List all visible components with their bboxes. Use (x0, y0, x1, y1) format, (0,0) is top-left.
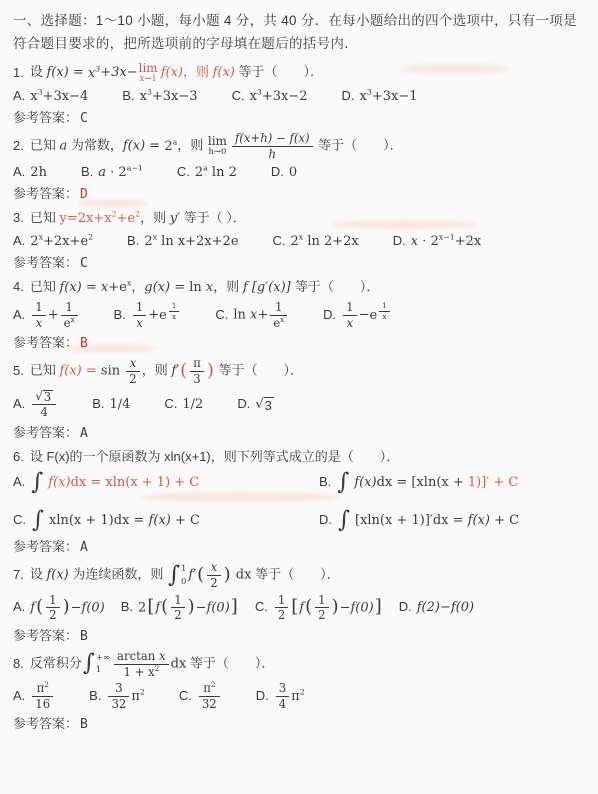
fraction-denominator: 32 (199, 697, 220, 711)
math-italic: f(x) (149, 513, 171, 528)
math-upright: + (117, 211, 128, 226)
option-label: C. (164, 396, 177, 411)
math-italic: h (268, 147, 276, 161)
fraction-numerator: 1 (61, 301, 78, 316)
fraction-denominator: 2 (315, 608, 328, 622)
math-italic: f (155, 600, 160, 615)
math-italic: f [g′(x)] (243, 280, 295, 295)
math-italic: a (98, 165, 106, 180)
radicand: 3 (43, 390, 53, 404)
math-upright: 1 + (123, 665, 148, 679)
big-paren: ) (63, 596, 70, 617)
big-paren: ) (332, 596, 339, 617)
options-row: A.√34B.1/4C.1/2D.√3 (13, 390, 584, 419)
option-label: D. (393, 233, 406, 248)
option: D.34π2 (256, 682, 305, 710)
fraction: 12 (46, 594, 59, 622)
fraction-numerator: 1 (343, 301, 356, 316)
integral-lower: 0 (181, 576, 186, 589)
text-run: 已知 (30, 210, 60, 225)
fraction-numerator: 1 (46, 594, 59, 609)
option-label: D. (319, 512, 332, 527)
math-upright: +3x−4 (43, 89, 89, 104)
limit-operator: limh→0 (208, 135, 227, 157)
power-expression: x2 (104, 211, 116, 226)
answer-line: 参考答案：B (13, 713, 584, 732)
power-expression: 2a−1 (118, 165, 142, 180)
fraction-denominator: 3 (190, 372, 204, 386)
power-expression: x3 (360, 89, 372, 104)
option: B.332π2 (89, 682, 145, 710)
option-label: C. (255, 599, 268, 614)
text-run: 等于（ ）． (215, 363, 303, 378)
power-expression: 2x (30, 234, 43, 249)
answer-line: 参考答案：C (13, 107, 584, 126)
integral: ∫+∞1 (83, 652, 110, 677)
math-upright: [xln(x + 1)]′dx = (355, 513, 468, 528)
math-upright: 1/2 (182, 397, 203, 412)
math-italic: −f(0) (196, 600, 230, 615)
integral: ∫ (337, 470, 352, 495)
document: 一、选择题：1～10 小题，每小题 4 分，共 40 分．在每小题给出的四个选项… (0, 0, 598, 744)
option: D.∫[xln(x + 1)]′dx = f(x) + C (319, 508, 584, 533)
superscript: x−1 (439, 232, 455, 241)
superscript: 2 (88, 232, 93, 241)
math-italic: f(x) (48, 475, 70, 490)
math-upright: ln (233, 308, 250, 323)
math-upright: +2x (455, 234, 482, 249)
power-expression: 2x (291, 234, 304, 249)
math-upright: 1/4 (109, 397, 130, 412)
power-expression: 2x−1 (431, 234, 455, 249)
option-label: D. (237, 396, 250, 411)
fraction-denominator: h (232, 147, 313, 161)
question-stem: 8.反常积分∫+∞1arctan x1 + x2dx 等于（ ）． (13, 650, 584, 678)
option: D.f(2)−f(0) (399, 599, 474, 615)
text-run: 等于（ ）． (315, 138, 403, 153)
sqrt-expression: √3 (255, 397, 274, 413)
math-italic: f(x) (354, 475, 376, 490)
limit-operator: limx→1 (139, 62, 158, 84)
math-upright: 1)]′ + C (468, 475, 518, 490)
question-block: 5.已知 f(x) = sin x2，则 f′(π3) 等于（ ）．A.√34B… (13, 357, 584, 441)
text-run: 等于（ ）． (180, 210, 246, 225)
fraction-denominator: 1 + x2 (114, 665, 169, 679)
math-upright: +3x−2 (262, 89, 308, 104)
power-expression: x3 (140, 89, 152, 104)
option: C.12[f(12)−f(0)] (255, 594, 383, 622)
option: D.x · 2x−1+2x (393, 233, 481, 249)
question-number: 4. (13, 279, 24, 294)
integral-lower: 1 (96, 664, 110, 677)
fraction-numerator: 3 (108, 682, 129, 697)
math-upright: ln x+2x+2e (157, 234, 238, 249)
power-expression: π2 (291, 689, 305, 704)
limit-word: lim (208, 135, 227, 147)
math-italic: f(x) (161, 66, 183, 81)
fraction-numerator: 1 (275, 594, 288, 609)
options-row: A.2hB.a · 2a−1C.2a ln 2D.0 (13, 164, 584, 180)
option-label: B. (319, 474, 331, 489)
math-upright: +3x−3 (152, 89, 198, 104)
option-label: D. (271, 164, 284, 179)
option-label: B. (89, 688, 101, 703)
math-upright: + (148, 308, 159, 323)
option: C.∫xln(x + 1)dx = f(x) + C (13, 508, 319, 533)
power-expression: 2a (195, 165, 208, 180)
option-label: D. (342, 88, 355, 103)
text-run: 设 (30, 65, 47, 80)
question-number: 8. (13, 656, 24, 671)
option-label: A. (13, 599, 25, 614)
big-paren: [ (147, 596, 154, 617)
fraction-denominator: 4 (32, 405, 56, 419)
fraction-numerator: f(x+h) − f(x) (232, 132, 313, 147)
text-run: ，则 (140, 210, 170, 225)
option-label: D. (256, 688, 269, 703)
math-italic: f(2)−f(0) (417, 600, 474, 615)
option: C.ln x+1ex (215, 301, 289, 329)
question-number: 3. (13, 210, 24, 225)
math-italic: x (136, 316, 143, 330)
integral-limits (44, 470, 46, 495)
math-upright: y=2x+ (59, 211, 104, 226)
option-label: A. (13, 307, 25, 322)
options-row: A.x3+3x−4B.x3+3x−3C.x3+3x−2D.x3+3x−1 (13, 88, 584, 104)
big-paren: ) (188, 596, 195, 617)
text-run: 已知 (30, 138, 60, 153)
integral-sign: ∫ (31, 472, 43, 494)
math-upright: − (359, 308, 370, 323)
option-label: B. (81, 164, 93, 179)
option: D.x3+3x−1 (342, 88, 418, 104)
math-italic: f(x) = (123, 139, 164, 154)
answer-value: B (80, 336, 88, 351)
fraction-numerator: √3 (32, 390, 56, 406)
fraction-numerator: 3 (276, 682, 289, 697)
integral: ∫ (338, 508, 353, 533)
fraction-numerator: 1 (315, 594, 328, 609)
radical-sign: √ (35, 390, 42, 404)
option-label: A. (13, 474, 25, 489)
big-paren: ( (180, 360, 187, 381)
answer-value: B (80, 717, 88, 732)
option-label: D. (323, 307, 336, 322)
question-block: 2.已知 a 为常数，f(x) = 2a，则 limh→0f(x+h) − f(… (13, 132, 584, 202)
fraction-denominator: 32 (108, 697, 129, 711)
question-stem: 1.设 f(x) = x3+3x−limx→1f(x)，则 f(x) 等于（ ）… (13, 62, 584, 84)
answer-line: 参考答案：A (13, 536, 584, 555)
option: C.x3+3x−2 (232, 88, 308, 104)
math-italic: f(x) = (59, 364, 100, 379)
superscript: 2 (300, 687, 305, 696)
limit-subscript: h→0 (208, 148, 227, 157)
answer-value: A (80, 426, 88, 441)
fraction-numerator: x (126, 357, 139, 372)
math-italic: f(x) = (46, 66, 87, 81)
question-number: 1. (13, 65, 24, 80)
math-italic: −f(0) (340, 600, 374, 615)
fraction-numerator: π (190, 357, 204, 372)
integral-sign: ∫ (337, 472, 349, 494)
fraction-denominator: 2 (46, 608, 59, 622)
question-stem: 3.已知 y=2x+x2+e2，则 y′ 等于（ ）． (13, 208, 584, 229)
option-label: A. (13, 164, 25, 179)
fraction-denominator: ex (270, 316, 287, 330)
answer-value: D (80, 187, 88, 202)
math-italic: f(x) (468, 513, 490, 528)
answer-label: 参考答案： (13, 335, 78, 350)
answer-line: 参考答案：B (13, 332, 584, 351)
integral-upper: 1 (181, 563, 186, 576)
fraction: π216 (32, 682, 53, 710)
math-upright: +3x−1 (372, 89, 418, 104)
big-paren: ] (375, 596, 382, 617)
fraction: 1x (133, 301, 146, 329)
superscript: 1x (377, 306, 391, 315)
integral-limits: 10 (181, 563, 186, 588)
option-label: A. (13, 88, 25, 103)
math-italic: f(x) = x+ (59, 280, 119, 295)
options-row: A.∫f(x)dx = xln(x + 1) + CB.∫f(x)dx = [x… (13, 470, 584, 533)
integral-limits: +∞1 (96, 652, 110, 677)
option: A.2h (13, 164, 47, 180)
big-paren: ) (207, 360, 214, 381)
answer-line: 参考答案：B (13, 625, 584, 644)
option-label: C. (177, 164, 190, 179)
fraction-numerator: 1 (169, 302, 179, 312)
fraction: x2 (207, 561, 220, 589)
question-stem: 5.已知 f(x) = sin x2，则 f′(π3) 等于（ ）． (13, 357, 584, 385)
power-expression: e1x (370, 308, 392, 323)
question-number: 5. (13, 363, 24, 378)
math-italic: f(x+h) − f(x) (235, 131, 310, 145)
option: B.1/4 (92, 396, 130, 412)
fraction: √34 (32, 390, 56, 419)
option-label: C. (179, 688, 192, 703)
fraction: 1x (379, 302, 389, 320)
fraction: 1ex (270, 301, 287, 329)
options-row: A.f(12)−f(0)B.2[f(12)−f(0)]C.12[f(12)−f(… (13, 594, 584, 622)
fraction-numerator: 1 (133, 301, 146, 316)
answer-label: 参考答案： (13, 110, 78, 125)
text-run: 等于（ ）． (235, 65, 323, 80)
answer-label: 参考答案： (13, 539, 78, 554)
option: D.√3 (237, 396, 274, 413)
integral-limits (45, 508, 47, 533)
answer-value: C (80, 256, 88, 271)
fraction-numerator: π2 (199, 682, 220, 697)
power-expression: 2a (164, 139, 177, 154)
math-italic: y′ (170, 211, 180, 226)
option-label: B. (127, 233, 139, 248)
fraction-denominator: 2 (126, 372, 139, 386)
math-italic: f (30, 600, 35, 615)
text-run: 反常积分 (30, 656, 82, 671)
option-label: C. (232, 88, 245, 103)
integral-sign: ∫ (168, 565, 180, 587)
question-block: 6.设 F(x)的一个原函数为 xln(x+1)，则下列等式成立的是（ ）．A.… (13, 447, 584, 556)
big-paren: ( (36, 596, 43, 617)
fraction: 1x (32, 301, 45, 329)
sqrt-expression: √3 (35, 390, 53, 404)
fraction-denominator: x (343, 316, 356, 330)
option-label: A. (13, 233, 25, 248)
fraction-denominator: x (133, 316, 146, 330)
big-paren: ( (161, 596, 168, 617)
text-run: ，则 (142, 363, 172, 378)
math-italic: x (36, 316, 43, 330)
fraction-denominator: x (169, 312, 179, 321)
answer-label: 参考答案： (13, 628, 78, 643)
big-paren: ] (231, 596, 238, 617)
math-upright: dx (232, 568, 252, 583)
fraction: 12 (315, 594, 328, 622)
option: A.f(12)−f(0) (13, 594, 105, 622)
answer-label: 参考答案： (13, 716, 78, 731)
option: A.1x+1ex (13, 301, 80, 329)
big-paren: [ (291, 596, 298, 617)
superscript: 2 (155, 664, 159, 673)
fraction: 12 (171, 594, 184, 622)
option-label: C. (273, 233, 286, 248)
fraction-denominator: 2 (171, 608, 184, 622)
superscript: 1x (167, 306, 181, 315)
answer-value: C (80, 111, 88, 126)
option: D.1x−e1x (323, 301, 392, 329)
power-expression: x3 (30, 89, 42, 104)
math-italic: f′ (171, 364, 179, 379)
math-upright: ln (189, 280, 206, 295)
math-italic: f(x) (213, 66, 235, 81)
option-label: C. (215, 307, 228, 322)
fraction: π232 (199, 682, 220, 710)
question-stem: 4.已知 f(x) = x+ex，g(x) = ln x，则 f [g′(x)]… (13, 277, 584, 298)
option: A.π216 (13, 682, 55, 710)
answer-line: 参考答案：A (13, 422, 584, 441)
integral-sign: ∫ (83, 653, 95, 675)
option: A.x3+3x−4 (13, 88, 88, 104)
option: C.2x ln 2+2x (273, 233, 359, 249)
option-label: B. (121, 599, 133, 614)
text-run: 等于（ ）． (186, 656, 274, 671)
fraction: 34 (276, 682, 289, 710)
fraction: 12 (275, 594, 288, 622)
integral-sign: ∫ (338, 510, 350, 532)
text-run: ， (131, 279, 144, 294)
limit-subscript: x→1 (139, 75, 158, 84)
option: C.2a ln 2 (177, 164, 237, 180)
option: B.∫f(x)dx = [xln(x + 1)]′ + C (319, 470, 584, 495)
fraction: π3 (190, 357, 204, 385)
math-italic: x (411, 234, 418, 249)
radicand: 3 (264, 397, 274, 413)
power-expression: π2 (203, 681, 215, 695)
option: B.2x ln x+2x+2e (127, 233, 238, 249)
options-row: A.1x+1exB.1x+e1xC.ln x+1exD.1x−e1x (13, 301, 584, 329)
math-upright: + (257, 308, 268, 323)
question-stem: 7.设 f(x) 为连续函数，则 ∫10f′(x2) dx 等于（ ）． (13, 561, 584, 589)
fraction-denominator: ex (61, 316, 78, 330)
option: B.a · 2a−1 (81, 164, 143, 180)
math-italic: f′ (188, 568, 196, 583)
option-label: C. (13, 512, 26, 527)
big-paren: ( (305, 596, 312, 617)
scanned-exam-page: { "colors":{"ink":"#3a3a3a","red":"#d05a… (0, 0, 598, 794)
question-number: 2. (13, 138, 24, 153)
power-expression: ex (273, 316, 284, 330)
math-upright: xln(x + 1)dx = (49, 513, 149, 528)
math-upright: +2x+ (43, 234, 80, 249)
text-run: 设 (30, 567, 47, 582)
math-upright: ln 2 (208, 165, 237, 180)
math-italic: x (211, 560, 218, 574)
answer-label: 参考答案： (13, 186, 78, 201)
text-run: 等于（ ）． (295, 279, 380, 294)
option-label: B. (114, 307, 126, 322)
option: B.1x+e1x (114, 301, 182, 329)
question-block: 3.已知 y=2x+x2+e2，则 y′ 等于（ ）．A.2x+2x+e2B.2… (13, 208, 584, 271)
limit-word: lim (139, 62, 158, 74)
superscript: 2 (140, 687, 145, 696)
fraction: arctan x1 + x2 (114, 650, 169, 678)
options-row: A.π216B.332π2C.π232D.34π2 (13, 682, 584, 710)
option: A.∫f(x)dx = xln(x + 1) + C (13, 470, 319, 495)
text-run: 等于（ ）． (251, 567, 339, 582)
fraction-denominator: 2 (207, 576, 220, 590)
option: B.x3+3x−3 (122, 88, 197, 104)
integral-limits (351, 508, 353, 533)
math-upright: 2h (30, 165, 47, 180)
question-number: 7. (13, 567, 24, 582)
fraction-denominator: 4 (276, 697, 289, 711)
superscript: a−1 (127, 164, 143, 173)
power-expression: e2 (127, 211, 140, 226)
option: A.2x+2x+e2 (13, 233, 93, 249)
math-upright: 2 (138, 600, 146, 615)
math-upright: sin (101, 364, 124, 379)
power-expression: x2 (148, 665, 159, 679)
fraction-denominator: x (379, 312, 389, 321)
fraction: f(x+h) − f(x)h (232, 132, 313, 160)
integral-limits (350, 470, 352, 495)
fraction-numerator: 1 (32, 301, 45, 316)
answer-value: A (80, 540, 88, 555)
math-italic: x (347, 316, 354, 330)
fraction-numerator: 1 (270, 301, 287, 316)
radical-sign: √ (255, 397, 263, 413)
fraction-numerator: π2 (32, 682, 53, 697)
option: A.√34 (13, 390, 58, 419)
text-run: 已知 (30, 363, 60, 378)
power-expression: e2 (80, 234, 93, 249)
fraction-denominator: 16 (32, 697, 53, 711)
power-expression: x3 (88, 66, 100, 81)
math-italic: −f(0) (71, 600, 105, 615)
math-upright: + C (490, 513, 519, 528)
section-instructions: 一、选择题：1～10 小题，每小题 4 分，共 40 分．在每小题给出的四个选项… (13, 9, 584, 55)
math-upright: dx = [xln(x + (377, 475, 468, 490)
question-stem: 2.已知 a 为常数，f(x) = 2a，则 limh→0f(x+h) − f(… (13, 132, 584, 160)
question-number: 6. (13, 449, 24, 464)
answer-label: 参考答案： (13, 425, 78, 440)
question-block: 7.设 f(x) 为连续函数，则 ∫10f′(x2) dx 等于（ ）．A.f(… (13, 561, 584, 644)
text-run: ，则 (177, 138, 207, 153)
math-italic: x (130, 356, 137, 370)
power-expression: π2 (131, 689, 145, 704)
text-run: 已知 (30, 279, 60, 294)
integral: ∫10 (168, 563, 186, 588)
